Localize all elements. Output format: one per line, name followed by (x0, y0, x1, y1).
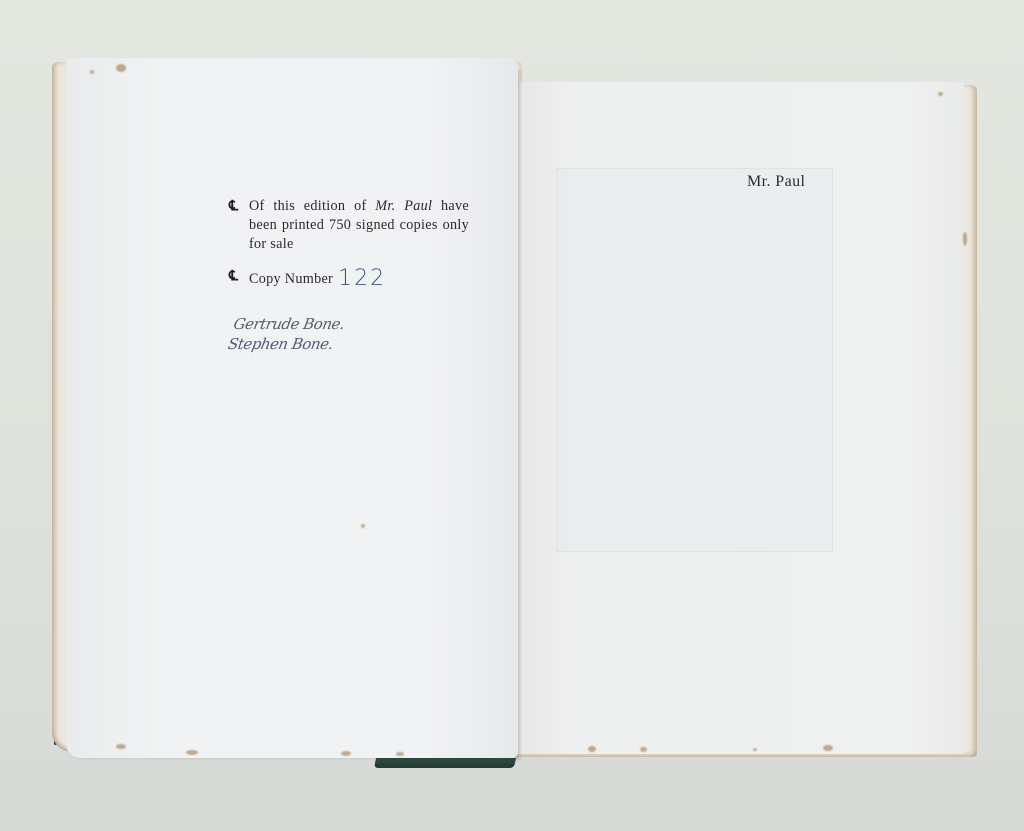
paragraph-mark-icon: ℄ (229, 197, 249, 216)
tissue-guard-frame (556, 168, 833, 552)
edition-prefix: Of this edition of (249, 198, 375, 214)
left-page (66, 58, 518, 758)
handwritten-copy-number: 122 (338, 266, 386, 291)
copy-number-line: ℄ Copy Number122 (229, 267, 469, 289)
foxing-spot (588, 746, 596, 752)
signature-gertrude-bone: Gertrude Bone. (232, 314, 346, 334)
copy-number-label: Copy Number (249, 271, 333, 287)
foxing-spot (341, 751, 351, 756)
paragraph-mark-icon: ℄ (229, 267, 249, 286)
signature-stephen-bone: Stephen Bone. (226, 334, 342, 354)
foxing-spot (823, 745, 833, 751)
foxing-spot (90, 70, 94, 74)
foxing-spot (963, 232, 967, 246)
author-signatures: Gertrude Bone. Stephen Bone. (228, 314, 346, 354)
foxing-spot (116, 744, 126, 749)
foxing-spot (396, 752, 404, 756)
foxing-spot (361, 524, 365, 528)
book-title-italic: Mr. Paul (375, 198, 432, 214)
limitation-colophon: ℄ Of this edition of Mr. Paul have been … (229, 197, 469, 302)
foxing-spot (640, 747, 647, 752)
cover-cloth-bottom (374, 758, 516, 768)
foxing-spot (938, 92, 943, 96)
half-title: Mr. Paul (747, 173, 805, 191)
open-book-scene: Mr. Paul ℄ Of this edition of Mr. Paul h… (0, 0, 1024, 831)
edition-statement: ℄ Of this edition of Mr. Paul have been … (229, 197, 469, 254)
foxing-spot (186, 750, 198, 755)
foxing-spot (116, 64, 126, 72)
foxing-spot (753, 748, 757, 751)
